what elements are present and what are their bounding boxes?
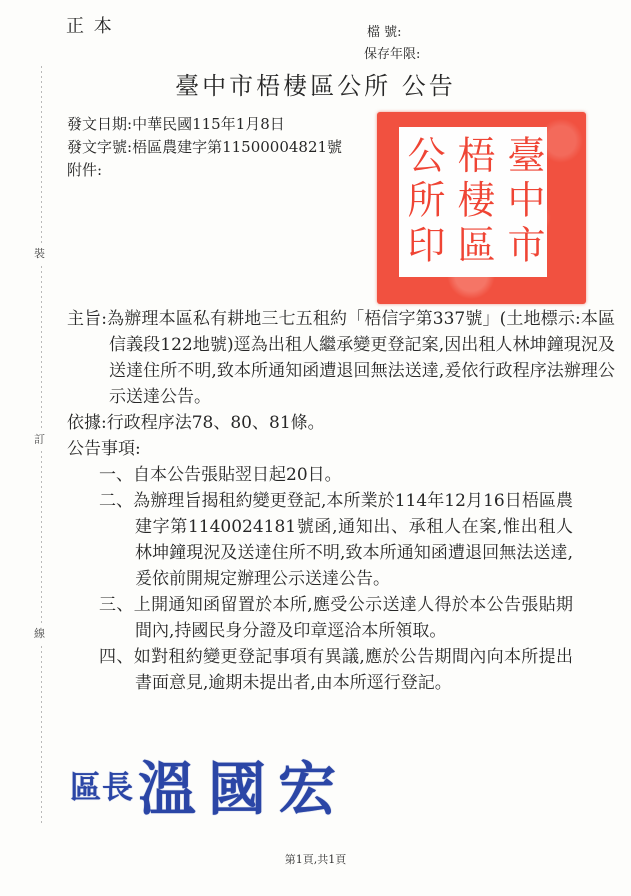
basis-text: 行政程序法78、80、81條。 (107, 413, 325, 433)
copy-type-label: 正 本 (66, 12, 114, 38)
binding-mark-ding: 訂 (34, 429, 45, 449)
item-text: 如對租約變更登記事項有異議,應於公告期間內向本所提出書面意見,逾期未提出者,由本… (134, 647, 573, 693)
binding-mark-zhuang: 裝 (34, 243, 45, 263)
subject-label: 主旨: (67, 309, 107, 329)
seal-inner-panel: 臺中市 梧棲區 公所印 (399, 127, 547, 277)
subject-text: 為辦理本區私有耕地三七五租約「梧信字第337號」(土地標示:本區信義段122地號… (107, 309, 615, 407)
item-text: 自本公告張貼翌日起20日。 (133, 465, 342, 485)
announcement-items-heading: 公告事項: (67, 436, 141, 462)
basis-paragraph: 依據:行政程序法78、80、81條。 (67, 410, 615, 436)
signature-name-stamp: 溫國宏 (138, 742, 348, 826)
announcement-item-4: 四、如對租約變更登記事項有異議,應於公告期間內向本所提出書面意見,逾期未提出者,… (99, 644, 573, 696)
official-seal-stamp: 臺中市 梧棲區 公所印 (377, 112, 586, 304)
issue-date-line: 發文日期:中華民國115年1月8日 (67, 114, 285, 134)
attachment-line: 附件: (67, 160, 102, 180)
official-announcement-document: 裝 訂 線 正 本 檔 號: 保存年限: 臺中市梧棲區公所 公告 發文日期:中華… (0, 0, 631, 896)
seal-text-column-left: 公所印 (404, 135, 442, 270)
retention-period-label: 保存年限: (364, 43, 420, 62)
doc-number-value: 梧區農建字第11500004821號 (132, 138, 342, 156)
footer-page-info: 第1頁,共1頁 (0, 851, 631, 867)
announcement-item-2: 二、為辦理旨揭租約變更登記,本所業於114年12月16日梧區農建字第114002… (99, 488, 573, 592)
file-number-label: 檔 號: (367, 21, 402, 40)
announcement-items-list: 一、自本公告張貼翌日起20日。 二、為辦理旨揭租約變更登記,本所業於114年12… (99, 462, 573, 696)
item-number: 三、 (99, 595, 134, 615)
item-number: 二、 (99, 491, 133, 511)
issue-date-value: 中華民國115年1月8日 (132, 115, 285, 133)
document-title: 臺中市梧棲區公所 公告 (0, 66, 631, 101)
item-number: 一、 (99, 465, 133, 485)
doc-number-line: 發文字號:梧區農建字第11500004821號 (67, 137, 342, 157)
item-number: 四、 (99, 647, 134, 667)
item-text: 上開通知函留置於本所,應受公示送達人得於本公告張貼期間內,持國民身分證及印章逕洽… (134, 595, 573, 641)
attachment-label: 附件: (67, 161, 102, 179)
basis-label: 依據: (67, 413, 107, 433)
subject-paragraph: 主旨:為辦理本區私有耕地三七五租約「梧信字第337號」(土地標示:本區信義段12… (67, 306, 615, 410)
signature-block: 區長 溫國宏 (70, 742, 348, 826)
doc-number-label: 發文字號: (67, 138, 132, 156)
seal-text-column-middle: 梧棲區 (454, 135, 492, 270)
seal-text-column-right: 臺中市 (504, 135, 542, 270)
item-text: 為辦理旨揭租約變更登記,本所業於114年12月16日梧區農建字第11400241… (133, 491, 573, 589)
announcement-item-3: 三、上開通知函留置於本所,應受公示送達人得於本公告張貼期間內,持國民身分證及印章… (99, 592, 573, 644)
binding-mark-xian: 線 (34, 623, 45, 643)
signature-title: 區長 (70, 762, 134, 807)
issue-date-label: 發文日期: (67, 115, 132, 133)
announcement-item-1: 一、自本公告張貼翌日起20日。 (99, 462, 573, 488)
